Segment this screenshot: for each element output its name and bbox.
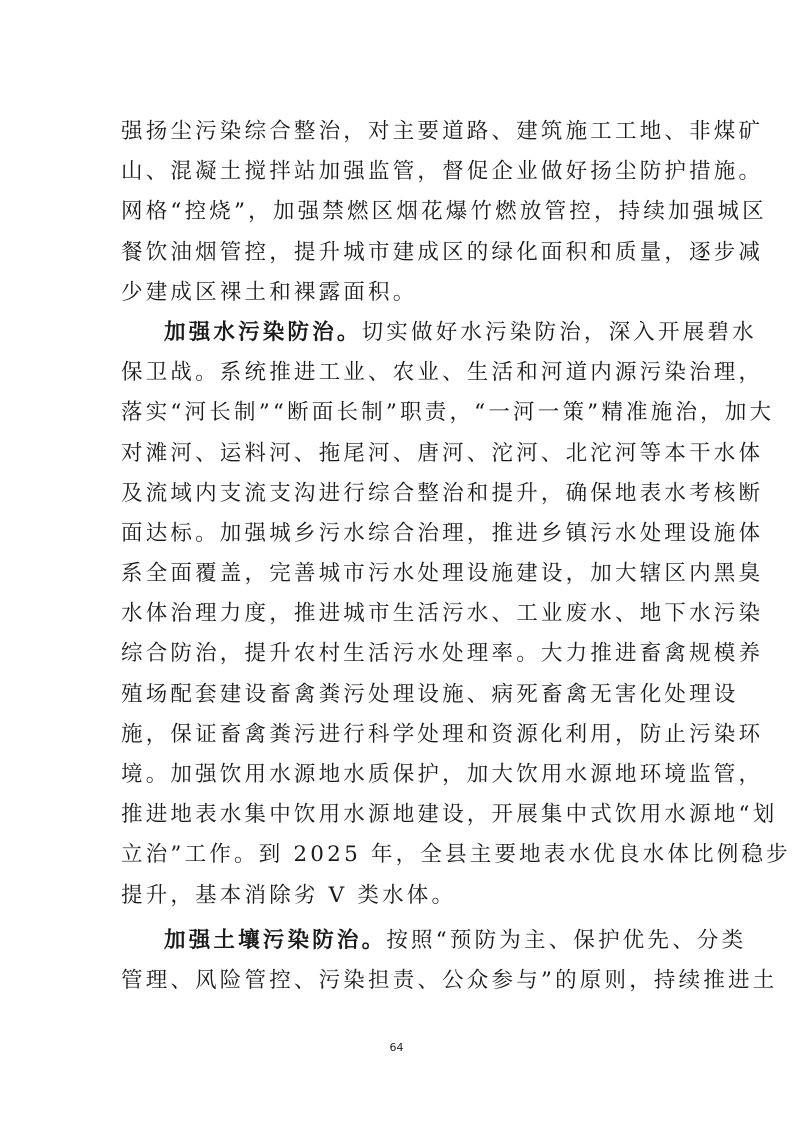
text-line: 强扬尘污染综合整治，对主要道路、建筑施工工地、非煤矿 [121, 112, 681, 152]
text-line: 施，保证畜禽粪污进行科学处理和资源化利用，防止污染环 [121, 715, 681, 755]
text-line-first: 加强土壤污染防治。按照“预防为主、保护优先、分类 [121, 921, 681, 961]
text-line: 提升，基本消除劣 V 类水体。 [121, 876, 681, 916]
text-line: 及流域内支流支沟进行综合整治和提升，确保地表水考核断 [121, 474, 681, 514]
paragraph-water-pollution: 加强水污染防治。切实做好水污染防治，深入开展碧水 保卫战。系统推进工业、农业、生… [121, 313, 681, 916]
text-line: 水体治理力度，推进城市生活污水、工业废水、地下水污染 [121, 594, 681, 634]
text-line: 综合防治，提升农村生活污水处理率。大力推进畜禽规模养 [121, 634, 681, 674]
text-line: 保卫战。系统推进工业、农业、生活和河道内源污染治理， [121, 353, 681, 393]
paragraph-dust-control: 强扬尘污染综合整治，对主要道路、建筑施工工地、非煤矿 山、混凝土搅拌站加强监管，… [121, 112, 681, 313]
section-heading: 加强土壤污染防治。 [164, 928, 386, 953]
body-text: 强扬尘污染综合整治，对主要道路、建筑施工工地、非煤矿 山、混凝土搅拌站加强监管，… [121, 112, 681, 1001]
text-line: 殖场配套建设畜禽粪污处理设施、病死畜禽无害化处理设 [121, 675, 681, 715]
text-line: 推进地表水集中饮用水源地建设，开展集中式饮用水源地“划 [121, 795, 681, 835]
text-run: 按照“预防为主、保护优先、分类 [386, 928, 746, 953]
paragraph-soil-pollution: 加强土壤污染防治。按照“预防为主、保护优先、分类 管理、风险管控、污染担责、公众… [121, 921, 681, 1001]
text-line: 落实“河长制”“断面长制”职责，“一河一策”精准施治，加大 [121, 393, 681, 433]
text-line: 山、混凝土搅拌站加强监管，督促企业做好扬尘防护措施。 [121, 152, 681, 192]
text-line: 面达标。加强城乡污水综合治理，推进乡镇污水处理设施体 [121, 514, 681, 554]
text-line: 境。加强饮用水源地水质保护，加大饮用水源地环境监管， [121, 755, 681, 795]
text-line: 少建成区裸土和裸露面积。 [121, 273, 681, 313]
page-number: 64 [0, 1041, 793, 1054]
text-run: 切实做好水污染防治，深入开展碧水 [362, 320, 757, 345]
text-line: 管理、风险管控、污染担责、公众参与”的原则，持续推进土 [121, 961, 681, 1001]
text-line: 系全面覆盖，完善城市污水处理设施建设，加大辖区内黑臭 [121, 554, 681, 594]
text-line: 立治”工作。到 2025 年，全县主要地表水优良水体比例稳步 [121, 835, 681, 875]
text-line: 餐饮油烟管控，提升城市建成区的绿化面积和质量，逐步减 [121, 233, 681, 273]
text-line-first: 加强水污染防治。切实做好水污染防治，深入开展碧水 [121, 313, 681, 353]
text-line: 对滩河、运料河、拖尾河、唐河、沱河、北沱河等本干水体 [121, 434, 681, 474]
text-line: 网格“控烧”，加强禁燃区烟花爆竹燃放管控，持续加强城区 [121, 192, 681, 232]
document-page: 强扬尘污染综合整治，对主要道路、建筑施工工地、非煤矿 山、混凝土搅拌站加强监管，… [0, 0, 793, 1122]
section-heading: 加强水污染防治。 [164, 320, 362, 345]
